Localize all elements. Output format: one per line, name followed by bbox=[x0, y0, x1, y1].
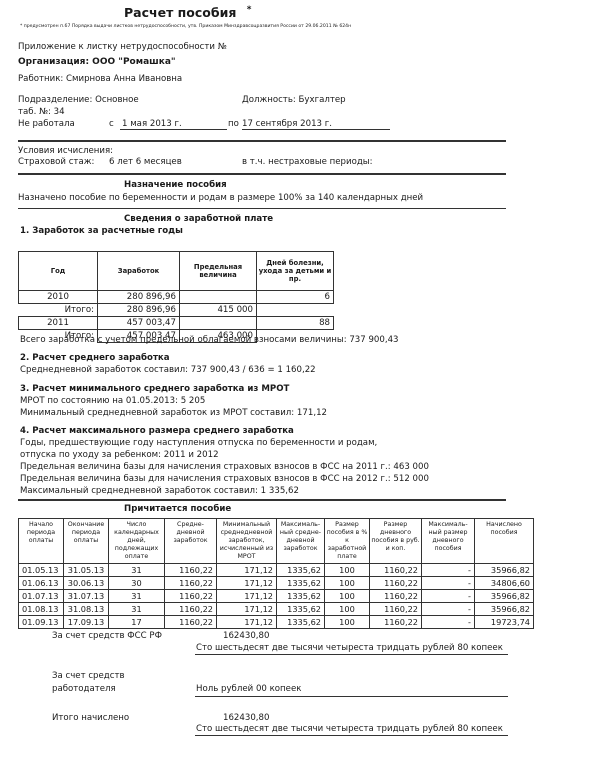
table-row: 01.06.1330.06.13301160,22171,121335,6210… bbox=[19, 577, 534, 590]
payment-cell: 17.09.13 bbox=[64, 616, 109, 629]
payment-cell: 1335,62 bbox=[277, 564, 325, 577]
payment-cell: 01.07.13 bbox=[19, 590, 64, 603]
absence-label: Не работала bbox=[18, 119, 75, 129]
section2-text: Среднедневной заработок составил: 737 90… bbox=[20, 365, 316, 375]
section4-line3: Предельная величина базы для начисления … bbox=[20, 462, 429, 472]
payment-cell: 1160,22 bbox=[370, 603, 422, 616]
payment-cell: 171,12 bbox=[217, 577, 277, 590]
total-words: Сто шестьдесят две тысячи четыреста трид… bbox=[196, 724, 503, 734]
department: Подразделение: Основное bbox=[18, 95, 139, 105]
total-label: Итого начислено bbox=[52, 713, 129, 723]
col-accrued: Начислено пособия bbox=[475, 519, 534, 564]
payment-cell: 171,12 bbox=[217, 564, 277, 577]
payment-cell: 1335,62 bbox=[277, 590, 325, 603]
payment-cell: 1335,62 bbox=[277, 577, 325, 590]
fss-words: Сто шестьдесят две тысячи четыреста трид… bbox=[196, 643, 503, 653]
payment-cell: - bbox=[422, 577, 475, 590]
divider bbox=[18, 140, 506, 142]
section2-heading: 2. Расчет среднего заработка bbox=[20, 353, 170, 363]
payment-cell: 1160,22 bbox=[165, 603, 217, 616]
payment-cell: 01.08.13 bbox=[19, 603, 64, 616]
section1-heading: 1. Заработок за расчетные годы bbox=[20, 226, 183, 236]
payment-cell: 31.08.13 bbox=[64, 603, 109, 616]
assignment-heading: Назначение пособия bbox=[124, 180, 227, 190]
divider bbox=[18, 173, 506, 175]
payment-cell: 35966,82 bbox=[475, 590, 534, 603]
payment-cell: 30.06.13 bbox=[64, 577, 109, 590]
divider bbox=[18, 499, 506, 501]
payment-rows: 01.05.1331.05.13311160,22171,121335,6210… bbox=[19, 564, 534, 629]
payment-cell: 35966,82 bbox=[475, 603, 534, 616]
payment-cell: 1160,22 bbox=[370, 564, 422, 577]
absence-to-label: по bbox=[228, 119, 239, 129]
payment-cell: 100 bbox=[325, 577, 370, 590]
earnings-cell: 280 896,96 bbox=[98, 291, 180, 304]
table-row-total: Итого: 280 896,96 415 000 bbox=[19, 304, 334, 317]
col-days: Дней болезни, ухода за детьми и пр. bbox=[257, 252, 334, 291]
section4-line4: Предельная величина базы для начисления … bbox=[20, 474, 429, 484]
section4-line1: Годы, предшествующие году наступления от… bbox=[20, 438, 377, 448]
footnote: * предусмотрен п.67 Порядка выдачи листк… bbox=[20, 24, 351, 29]
payment-cell: 1160,22 bbox=[165, 577, 217, 590]
non-insurance-periods: в т.ч. нестраховые периоды: bbox=[242, 157, 372, 167]
fss-label: За счет средств ФСС РФ bbox=[52, 631, 162, 641]
col-max-benefit: Максималь-ный размер дневного пособия bbox=[422, 519, 475, 564]
payment-cell: 1160,22 bbox=[165, 564, 217, 577]
payment-cell: 1160,22 bbox=[370, 590, 422, 603]
organization: Организация: ООО "Ромашка" bbox=[18, 57, 176, 67]
payment-cell: 30 bbox=[109, 577, 165, 590]
payment-cell: 100 bbox=[325, 590, 370, 603]
year-cell: 2011 bbox=[19, 317, 98, 330]
payment-cell: 1160,22 bbox=[165, 616, 217, 629]
earnings-cell: 457 003,47 bbox=[98, 317, 180, 330]
payment-cell: 17 bbox=[109, 616, 165, 629]
limit-cell: 415 000 bbox=[180, 304, 257, 317]
table-row: 01.09.1317.09.13171160,22171,121335,6210… bbox=[19, 616, 534, 629]
payment-cell: 01.05.13 bbox=[19, 564, 64, 577]
employer-label-2: работодателя bbox=[52, 684, 116, 694]
total-earnings-cell: 280 896,96 bbox=[98, 304, 180, 317]
col-min-daily: Минимальный среднедневной заработок, исч… bbox=[217, 519, 277, 564]
payment-cell: 34806,60 bbox=[475, 577, 534, 590]
absence-from-value: 1 мая 2013 г. bbox=[120, 119, 227, 130]
payment-cell: 1160,22 bbox=[370, 577, 422, 590]
payment-cell: 01.06.13 bbox=[19, 577, 64, 590]
days-cell: 88 bbox=[257, 317, 334, 330]
section4-line5: Максимальный среднедневной заработок сос… bbox=[20, 486, 299, 496]
payment-cell: 100 bbox=[325, 616, 370, 629]
section3-heading: 3. Расчет минимального среднего заработк… bbox=[20, 384, 289, 394]
col-percent: Размер пособия в % к заработной плате bbox=[325, 519, 370, 564]
total-label-cell: Итого: bbox=[19, 304, 98, 317]
employee: Работник: Смирнова Анна Ивановна bbox=[18, 74, 182, 84]
absence-from: 1 мая 2013 г. bbox=[120, 119, 227, 130]
table-row: 2011 457 003,47 88 bbox=[19, 317, 334, 330]
payment-cell: 1160,22 bbox=[165, 590, 217, 603]
payment-cell: - bbox=[422, 590, 475, 603]
earnings-table: Год Заработок Предельная величина Дней б… bbox=[18, 251, 334, 343]
col-days: Число календарных дней, подлежащих оплат… bbox=[109, 519, 165, 564]
payment-cell: 171,12 bbox=[217, 616, 277, 629]
title-text: Расчет пособия bbox=[124, 5, 236, 20]
section3-line2: Минимальный среднедневной заработок из М… bbox=[20, 408, 327, 418]
payment-cell: 100 bbox=[325, 603, 370, 616]
conditions-label: Условия исчисления: bbox=[18, 146, 113, 156]
section4-line2: отпуска по уходу за ребенком: 2011 и 201… bbox=[20, 450, 219, 460]
col-year: Год bbox=[19, 252, 98, 291]
payment-cell: 1160,22 bbox=[370, 616, 422, 629]
payment-cell: 31 bbox=[109, 590, 165, 603]
absence-from-label: с bbox=[109, 119, 114, 129]
col-period-start: Начало периода оплаты bbox=[19, 519, 64, 564]
payment-header-row: Начало периода оплаты Окончание периода … bbox=[19, 519, 534, 564]
payment-cell: - bbox=[422, 616, 475, 629]
limit-cell bbox=[180, 317, 257, 330]
payment-cell: 31 bbox=[109, 564, 165, 577]
table-row: 2010 280 896,96 6 bbox=[19, 291, 334, 304]
payment-cell: 1335,62 bbox=[277, 616, 325, 629]
position: Должность: Бухгалтер bbox=[242, 95, 346, 105]
payment-cell: - bbox=[422, 603, 475, 616]
divider bbox=[18, 208, 506, 209]
table-row: 01.08.1331.08.13311160,22171,121335,6210… bbox=[19, 603, 534, 616]
table-row: 01.05.1331.05.13311160,22171,121335,6210… bbox=[19, 564, 534, 577]
insurance-label: Страховой стаж: bbox=[18, 157, 94, 167]
tab-number: таб. №: 34 bbox=[18, 107, 65, 117]
payment-cell: 01.09.13 bbox=[19, 616, 64, 629]
payment-cell: - bbox=[422, 564, 475, 577]
payment-cell: 19723,74 bbox=[475, 616, 534, 629]
section4-heading: 4. Расчет максимального размера среднего… bbox=[20, 426, 294, 436]
total-earnings-text: Всего заработка с учетом предельной обла… bbox=[20, 335, 399, 345]
fss-value: 162430,80 bbox=[223, 631, 269, 641]
payment-cell: 35966,82 bbox=[475, 564, 534, 577]
employer-label-1: За счет средств bbox=[52, 671, 125, 681]
employer-underline bbox=[195, 696, 508, 697]
fss-underline bbox=[195, 654, 508, 655]
payment-cell: 171,12 bbox=[217, 590, 277, 603]
appendix-line: Приложение к листку нетрудоспособности № bbox=[18, 42, 227, 52]
days-cell: 6 bbox=[257, 291, 334, 304]
col-daily-benefit: Размер дневного пособия в руб. и коп. bbox=[370, 519, 422, 564]
payment-cell: 31.05.13 bbox=[64, 564, 109, 577]
payment-heading: Причитается пособие bbox=[124, 504, 231, 514]
section3-line1: МРОТ по состоянию на 01.05.2013: 5 205 bbox=[20, 396, 205, 406]
salary-heading: Сведения о заработной плате bbox=[124, 214, 273, 224]
total-underline bbox=[195, 735, 508, 736]
payment-cell: 1335,62 bbox=[277, 603, 325, 616]
col-limit: Предельная величина bbox=[180, 252, 257, 291]
assignment-text: Назначено пособие по беременности и рода… bbox=[18, 193, 423, 203]
col-period-end: Окончание периода оплаты bbox=[64, 519, 109, 564]
payment-table: Начало периода оплаты Окончание периода … bbox=[18, 518, 534, 629]
col-earnings: Заработок bbox=[98, 252, 180, 291]
limit-cell bbox=[180, 291, 257, 304]
table-row: 01.07.1331.07.13311160,22171,121335,6210… bbox=[19, 590, 534, 603]
payment-cell: 31.07.13 bbox=[64, 590, 109, 603]
absence-to: 17 сентября 2013 г. bbox=[242, 119, 390, 130]
empty-cell bbox=[257, 304, 334, 317]
earnings-header-row: Год Заработок Предельная величина Дней б… bbox=[19, 252, 334, 291]
col-avg-daily: Средне-дневной заработок bbox=[165, 519, 217, 564]
year-cell: 2010 bbox=[19, 291, 98, 304]
insurance-value: 6 лет 6 месяцев bbox=[109, 157, 182, 167]
payment-cell: 31 bbox=[109, 603, 165, 616]
payment-cell: 100 bbox=[325, 564, 370, 577]
payment-cell: 171,12 bbox=[217, 603, 277, 616]
title-footnote-mark: * bbox=[247, 5, 252, 15]
absence-to-value: 17 сентября 2013 г. bbox=[242, 119, 390, 130]
total-value: 162430,80 bbox=[223, 713, 269, 723]
col-max-daily: Максималь-ный средне-дневной заработок bbox=[277, 519, 325, 564]
employer-words: Ноль рублей 00 копеек bbox=[196, 684, 301, 694]
document-title: Расчет пособия * bbox=[124, 5, 251, 20]
